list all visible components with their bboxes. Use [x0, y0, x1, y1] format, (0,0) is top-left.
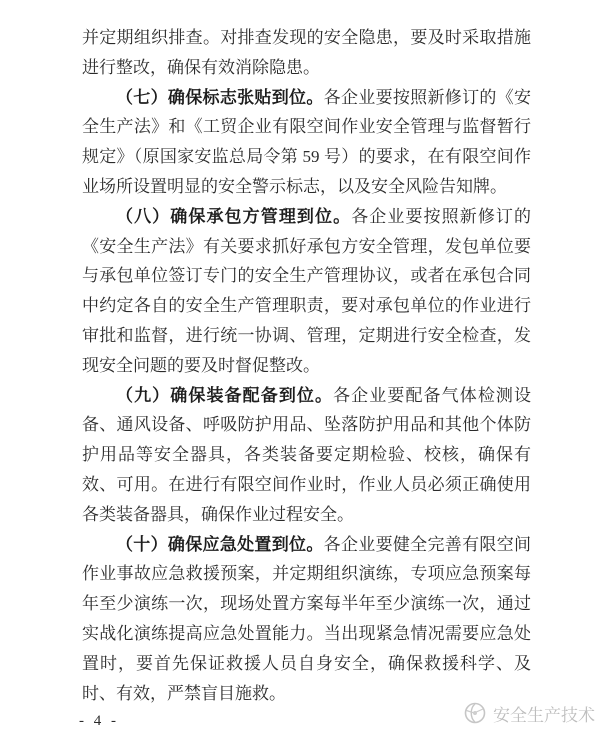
- paragraph-section-7: （七）确保标志张贴到位。各企业要按照新修订的《安全生产法》和《工贸企业有限空间作…: [82, 83, 531, 202]
- paragraph-text: 各企业要按照新修订的《安全生产法》有关要求抓好承包方安全管理，发包单位要与承包单…: [82, 207, 531, 375]
- section-8-heading: （八）确保承包方管理到位。: [116, 207, 351, 226]
- page-number: - 4 -: [79, 713, 119, 730]
- paragraph-text: 各企业要健全完善有限空间作业事故应急救援预案，并定期组织演练，专项应急预案每年至…: [82, 535, 531, 703]
- watermark: 安全生产技术: [462, 700, 595, 726]
- watermark-label: 安全生产技术: [493, 701, 595, 726]
- document-page: 并定期组织排查。对排查发现的安全隐患，要及时采取措施进行整改，确保有效消除隐患。…: [0, 0, 610, 744]
- aperture-logo-icon: [462, 700, 488, 726]
- paragraph-continued: 并定期组织排查。对排查发现的安全隐患，要及时采取措施进行整改，确保有效消除隐患。: [82, 23, 531, 83]
- section-7-heading: （七）确保标志张贴到位。: [116, 88, 324, 107]
- section-10-heading: （十）确保应急处置到位。: [116, 535, 324, 554]
- paragraph-text: 各企业要配备气体检测设备、通风设备、呼吸防护用品、坠落防护用品和其他个体防护用品…: [82, 386, 531, 524]
- document-body: 并定期组织排查。对排查发现的安全隐患，要及时采取措施进行整改，确保有效消除隐患。…: [82, 23, 531, 708]
- section-9-heading: （九）确保装备配备到位。: [116, 386, 333, 405]
- paragraph-section-10: （十）确保应急处置到位。各企业要健全完善有限空间作业事故应急救援预案，并定期组织…: [82, 530, 531, 709]
- paragraph-text: 并定期组织排查。对排查发现的安全隐患，要及时采取措施进行整改，确保有效消除隐患。: [82, 28, 531, 77]
- paragraph-section-9: （九）确保装备配备到位。各企业要配备气体检测设备、通风设备、呼吸防护用品、坠落防…: [82, 381, 531, 530]
- paragraph-section-8: （八）确保承包方管理到位。各企业要按照新修订的《安全生产法》有关要求抓好承包方安…: [82, 202, 531, 381]
